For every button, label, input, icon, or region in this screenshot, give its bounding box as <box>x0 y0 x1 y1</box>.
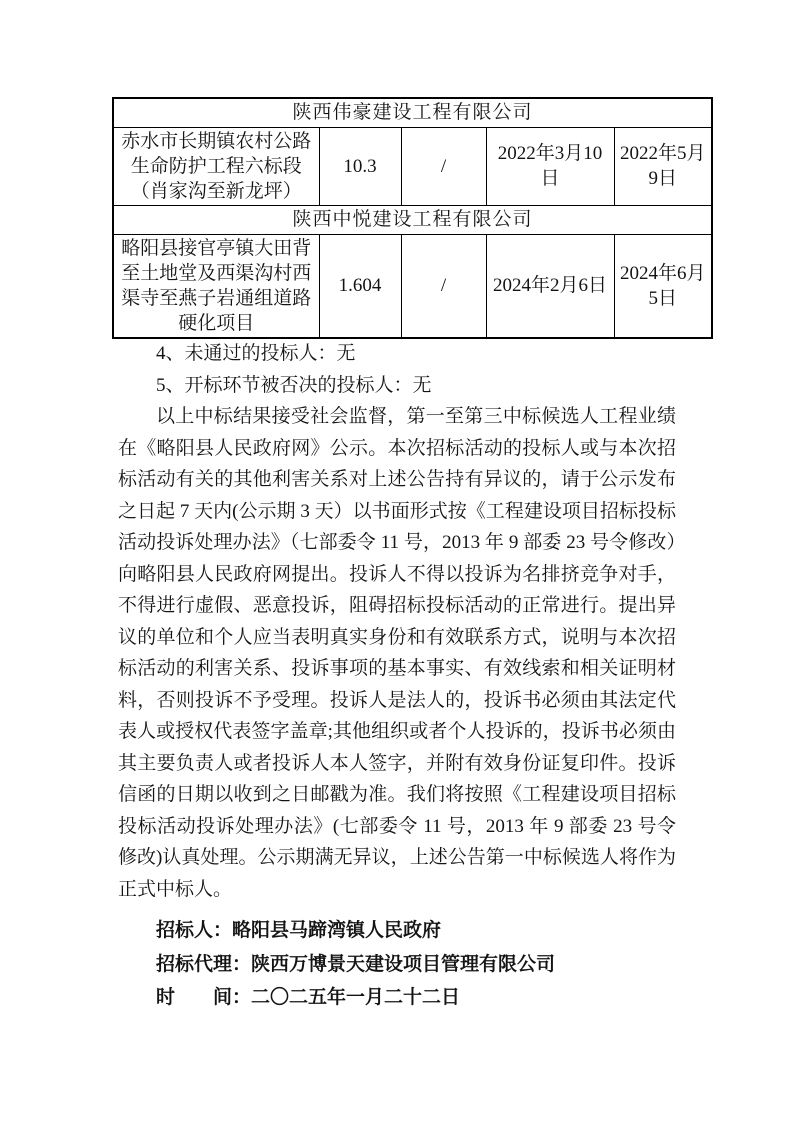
table-row: 陕西中悦建设工程有限公司 <box>113 205 712 234</box>
project-name-cell: 赤水市长期镇农村公路生命防护工程六标段（肖家沟至新龙坪） <box>113 127 319 205</box>
slash-cell: / <box>401 127 486 205</box>
tenderer-line: 招标人：略阳县马蹄湾镇人民政府 <box>118 914 676 948</box>
item-4-unpassed-bidders: 4、未通过的投标人：无 <box>118 338 676 370</box>
company-name-cell: 陕西中悦建设工程有限公司 <box>113 205 712 234</box>
table-row: 赤水市长期镇农村公路生命防护工程六标段（肖家沟至新龙坪） 10.3 / 2022… <box>113 127 712 205</box>
amount-cell: 10.3 <box>319 127 401 205</box>
bid-results-table-wrap: 陕西伟豪建设工程有限公司 赤水市长期镇农村公路生命防护工程六标段（肖家沟至新龙坪… <box>112 97 711 339</box>
agent-line: 招标代理：陕西万博景天建设项目管理有限公司 <box>118 948 676 982</box>
start-date-cell: 2022年3月10日 <box>486 127 614 205</box>
project-name-cell: 略阳县接官亭镇大田背至土地堂及西渠沟村西渠寺至燕子岩通组道路硬化项目 <box>113 234 319 338</box>
document-page: 陕西伟豪建设工程有限公司 赤水市长期镇农村公路生命防护工程六标段（肖家沟至新龙坪… <box>0 0 793 1122</box>
table-row: 陕西伟豪建设工程有限公司 <box>113 98 712 127</box>
slash-cell: / <box>401 234 486 338</box>
announcement-body: 4、未通过的投标人：无 5、开标环节被否决的投标人：无 以上中标结果接受社会监督… <box>118 338 676 1015</box>
start-date-cell: 2024年2月6日 <box>486 234 614 338</box>
signature-block: 招标人：略阳县马蹄湾镇人民政府 招标代理：陕西万博景天建设项目管理有限公司 时 … <box>118 914 676 1015</box>
end-date-cell: 2022年5月9日 <box>614 127 712 205</box>
table-row: 略阳县接官亭镇大田背至土地堂及西渠沟村西渠寺至燕子岩通组道路硬化项目 1.604… <box>113 234 712 338</box>
supervision-notice-paragraph: 以上中标结果接受社会监督，第一至第三中标候选人工程业绩在《略阳县人民政府网》公示… <box>118 401 676 905</box>
end-date-cell: 2024年6月5日 <box>614 234 712 338</box>
amount-cell: 1.604 <box>319 234 401 338</box>
company-name-cell: 陕西伟豪建设工程有限公司 <box>113 98 712 127</box>
bid-results-table: 陕西伟豪建设工程有限公司 赤水市长期镇农村公路生命防护工程六标段（肖家沟至新龙坪… <box>112 97 713 339</box>
date-line: 时 间：二〇二五年一月二十二日 <box>118 981 676 1015</box>
item-5-rejected-bidders: 5、开标环节被否决的投标人：无 <box>118 370 676 402</box>
